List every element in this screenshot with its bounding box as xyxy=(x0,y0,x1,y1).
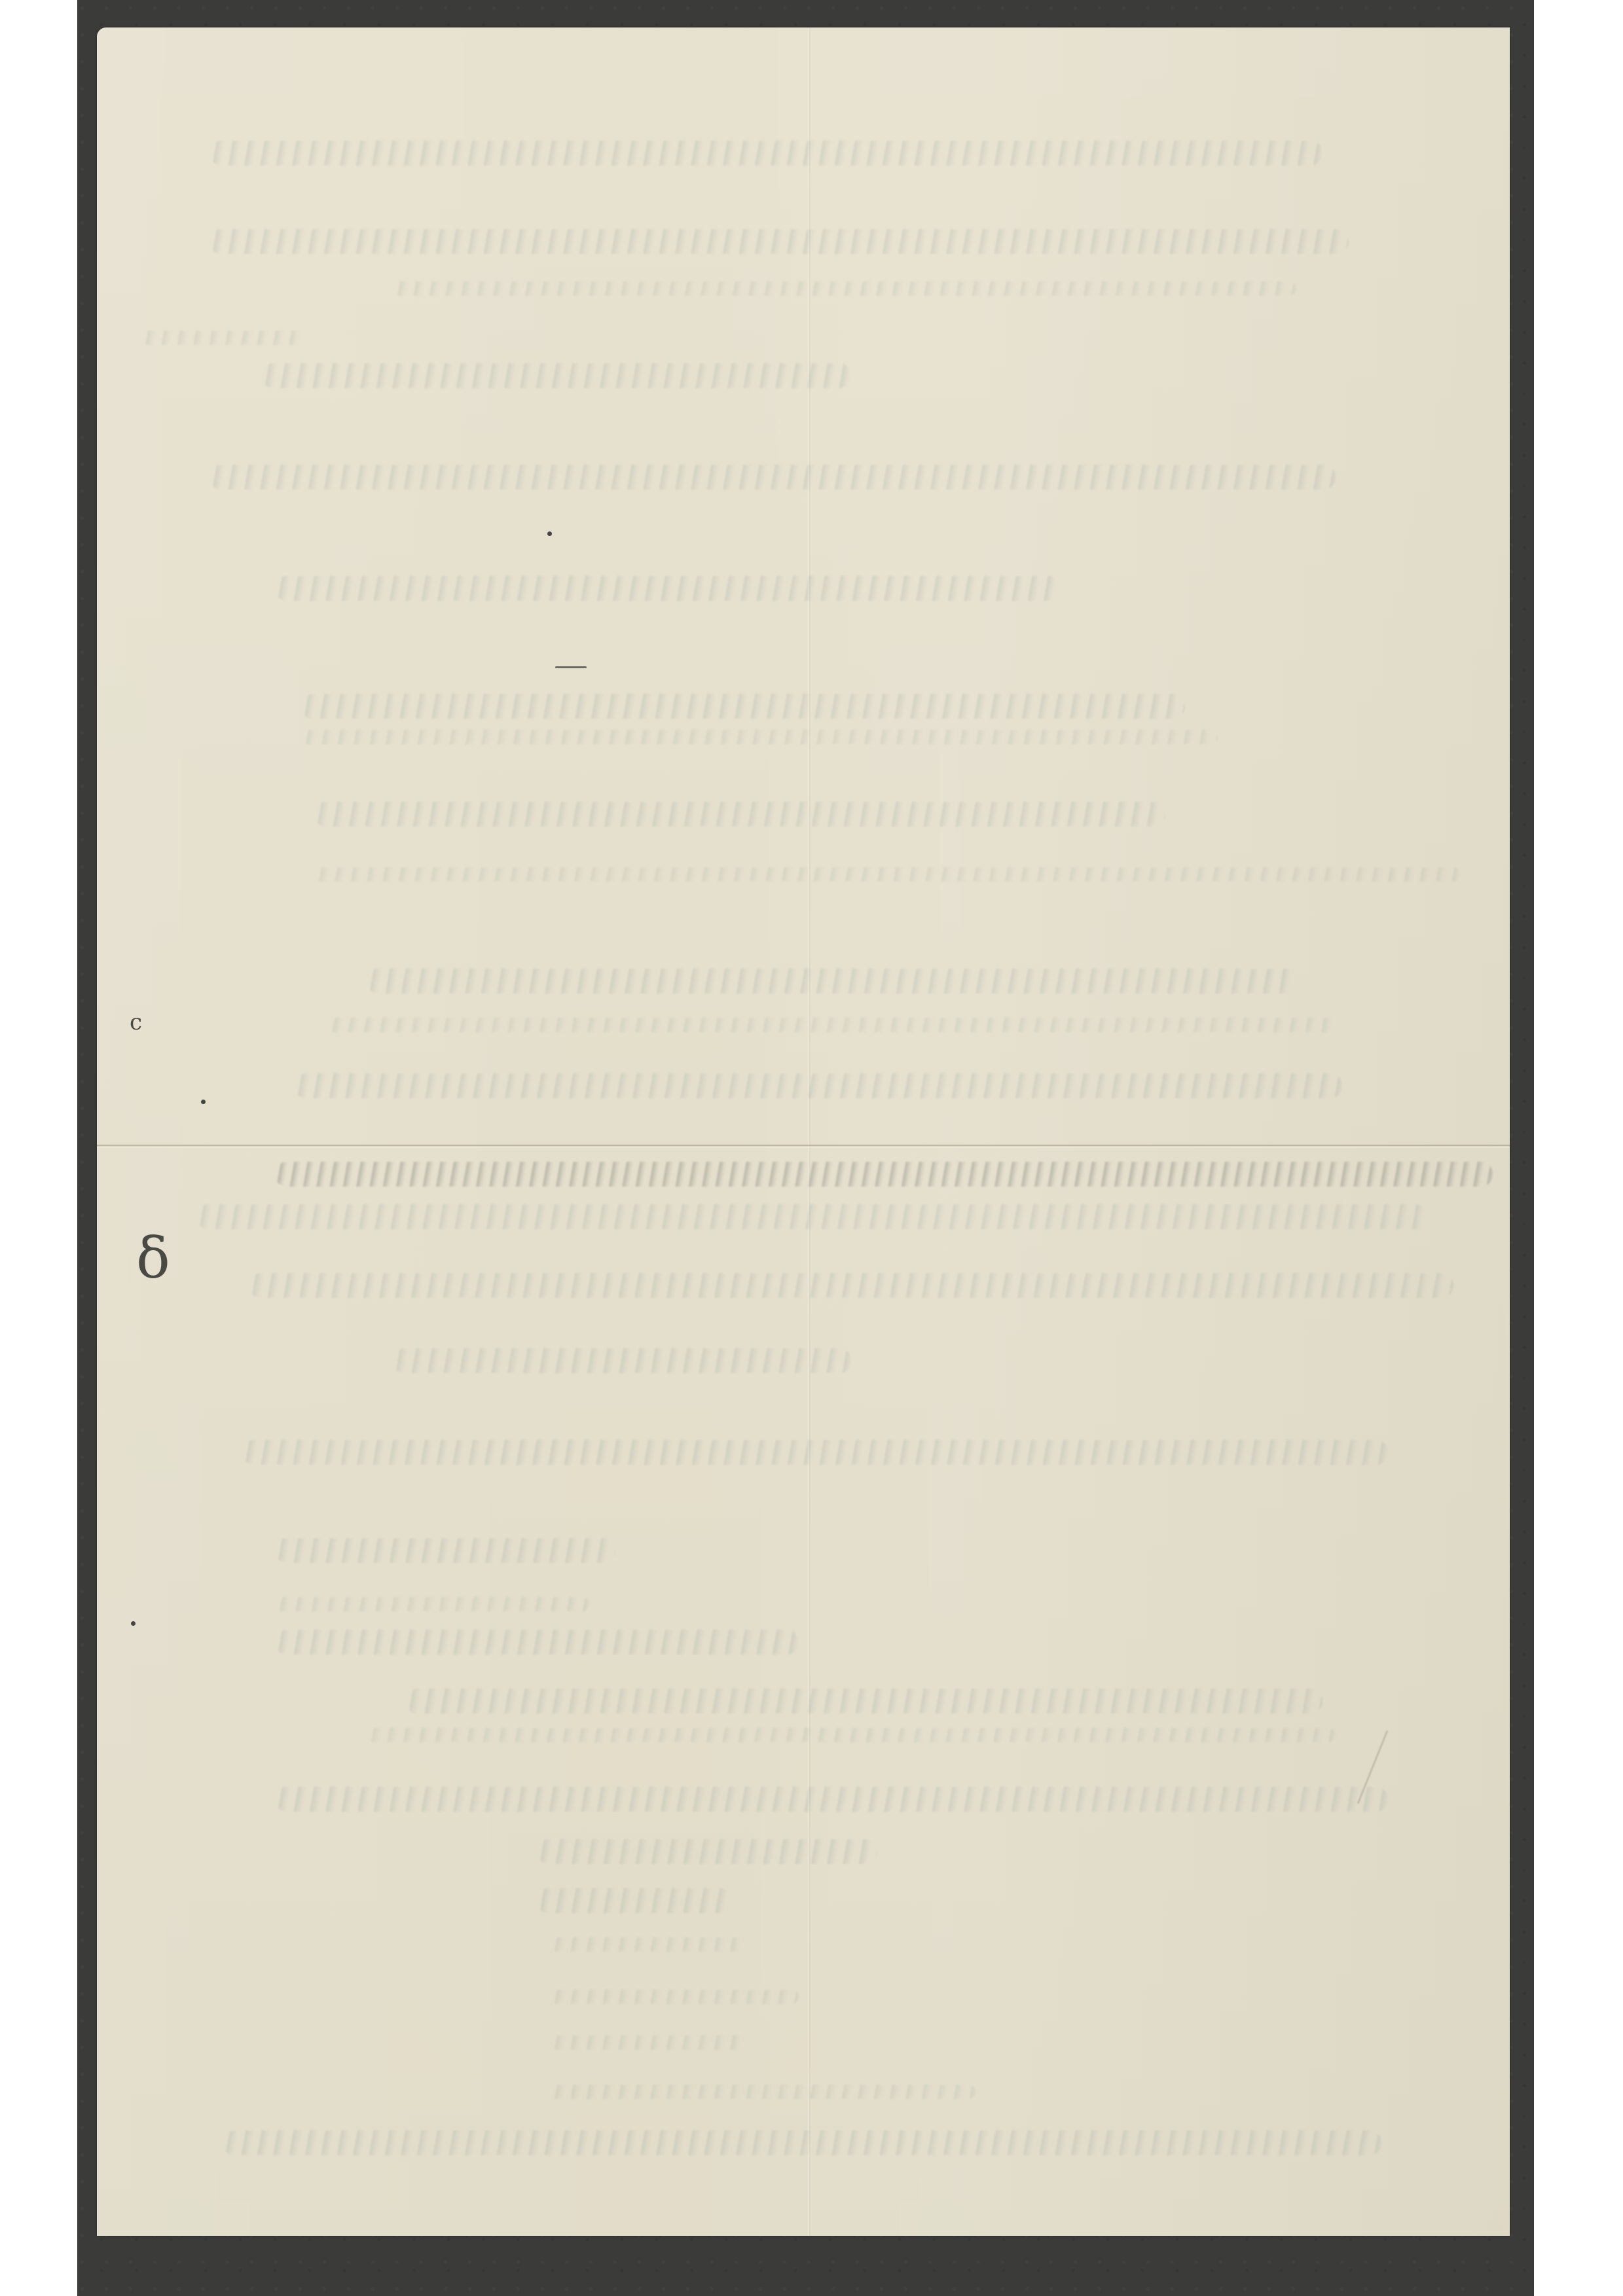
bleed-through-line xyxy=(223,2130,1381,2155)
bleed-through-line xyxy=(327,1018,1336,1032)
bleed-through-line xyxy=(275,1630,799,1655)
bleed-through-line xyxy=(275,1538,615,1563)
bleed-through-line xyxy=(141,331,304,345)
ink-dot xyxy=(201,1100,206,1104)
bleed-through-line xyxy=(275,1162,1493,1187)
bleed-through-line xyxy=(249,1273,1453,1298)
letter-page xyxy=(97,27,1510,2236)
bleed-through-line xyxy=(275,1787,1388,1812)
bleed-through-line xyxy=(196,1204,1427,1229)
bleed-through-line xyxy=(550,1990,799,2004)
bleed-through-line xyxy=(406,1689,1322,1713)
bleed-through-line xyxy=(210,229,1349,254)
bleed-through-line xyxy=(393,281,1296,296)
bleed-through-line xyxy=(393,1348,851,1373)
bleed-through-line xyxy=(537,1888,733,1913)
bleed-through-line xyxy=(537,1839,877,1864)
bleed-through-line xyxy=(314,867,1460,882)
bleed-through-line xyxy=(210,465,1336,490)
bleed-through-line xyxy=(550,1937,746,1952)
bleed-through-line xyxy=(367,1728,1336,1742)
ink-dot xyxy=(547,531,552,536)
bleed-through-line xyxy=(275,576,1061,601)
bleed-through-line xyxy=(295,1073,1342,1098)
pencil-dash xyxy=(555,666,587,668)
bleed-through-line xyxy=(210,141,1322,166)
bleed-through-line xyxy=(550,2036,746,2050)
bleed-through-line xyxy=(275,1597,589,1611)
bleed-through-line xyxy=(242,1440,1388,1465)
vertical-fold-crease xyxy=(808,27,811,2236)
bleed-through-line xyxy=(550,2085,976,2099)
bleed-through-line xyxy=(262,363,851,388)
horizontal-fold-crease xyxy=(97,1144,1510,1148)
margin-mark-b: δ xyxy=(136,1230,170,1287)
bleed-through-line xyxy=(301,730,1218,744)
ink-dot xyxy=(131,1621,136,1626)
bleed-through-line xyxy=(314,802,1165,827)
bleed-through-line xyxy=(367,969,1296,994)
margin-mark-c: c xyxy=(130,1011,142,1033)
bleed-through-line xyxy=(301,694,1185,719)
